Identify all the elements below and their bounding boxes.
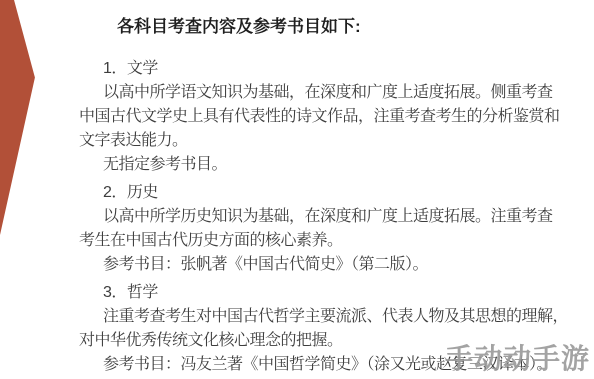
text-line: 以高中所学语文知识为基础，在深度和广度上适度拓展。侧重考查: [79, 81, 569, 105]
text-line: 中国古代文学史上具有代表性的诗文作品，注重考查考生的分析鉴赏和: [79, 105, 569, 129]
section-heading: 1．文学: [79, 57, 569, 81]
section-heading: 2．历史: [79, 181, 569, 205]
text-line: 无指定参考书目。: [79, 153, 569, 177]
section-history: 2．历史 以高中所学历史知识为基础，在深度和广度上适度拓展。注重考查 考生在中国…: [79, 181, 569, 277]
text-line: 以高中所学历史知识为基础，在深度和广度上适度拓展。注重考查: [79, 205, 569, 229]
section-heading: 3．哲学: [79, 281, 569, 305]
document-body: 各科目考查内容及参考书目如下: 1．文学 以高中所学语文知识为基础，在深度和广度…: [79, 15, 569, 377]
section-literature: 1．文学 以高中所学语文知识为基础，在深度和广度上适度拓展。侧重考查 中国古代文…: [79, 57, 569, 177]
document-page: { "page": { "background": "#ffffff", "ac…: [0, 0, 594, 379]
text-line: 文字表达能力。: [79, 129, 569, 153]
reference-books-line: 参考书目：张帆著《中国古代简史》（第二版）。: [79, 253, 569, 277]
text-line: 考生在中国古代历史方面的核心素养。: [79, 229, 569, 253]
watermark-text: 手动动手游: [445, 337, 590, 377]
red-accent-arrow-shape: [0, 0, 36, 235]
text-line: 注重考查考生对中国古代哲学主要流派、代表人物及其思想的理解，: [79, 305, 569, 329]
page-title: 各科目考查内容及参考书目如下:: [79, 15, 569, 39]
